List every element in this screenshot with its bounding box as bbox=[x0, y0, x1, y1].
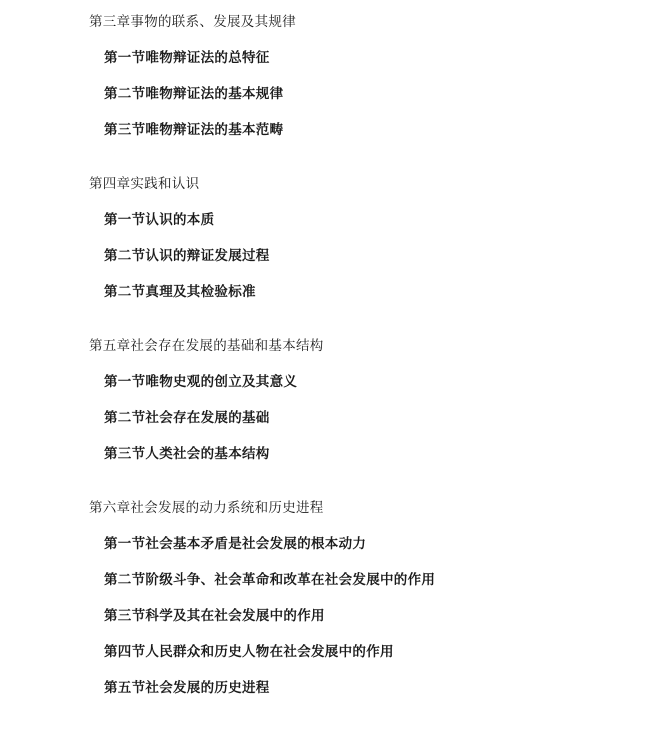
section-item: 第三节人类社会的基本结构 bbox=[104, 445, 270, 463]
section-item: 第四节人民群众和历史人物在社会发展中的作用 bbox=[104, 643, 394, 661]
chapter-heading: 第五章社会存在发展的基础和基本结构 bbox=[89, 337, 324, 355]
section-item: 第三节唯物辩证法的基本范畴 bbox=[104, 121, 283, 139]
section-item: 第一节唯物辩证法的总特征 bbox=[104, 49, 270, 67]
section-item: 第二节社会存在发展的基础 bbox=[104, 409, 270, 427]
section-item: 第二节唯物辩证法的基本规律 bbox=[104, 85, 283, 103]
section-item: 第一节认识的本质 bbox=[104, 211, 214, 229]
section-item: 第二节阶级斗争、社会革命和改革在社会发展中的作用 bbox=[104, 571, 435, 589]
chapter-heading: 第六章社会发展的动力系统和历史进程 bbox=[89, 499, 324, 517]
section-item: 第一节社会基本矛盾是社会发展的根本动力 bbox=[104, 535, 366, 553]
section-item: 第三节科学及其在社会发展中的作用 bbox=[104, 607, 325, 625]
section-item: 第五节社会发展的历史进程 bbox=[104, 679, 270, 697]
chapter-heading: 第四章实践和认识 bbox=[89, 175, 199, 193]
chapter-heading: 第三章事物的联系、发展及其规律 bbox=[89, 13, 296, 31]
section-item: 第二节真理及其检验标准 bbox=[104, 283, 256, 301]
section-item: 第一节唯物史观的创立及其意义 bbox=[104, 373, 297, 391]
section-item: 第二节认识的辩证发展过程 bbox=[104, 247, 270, 265]
